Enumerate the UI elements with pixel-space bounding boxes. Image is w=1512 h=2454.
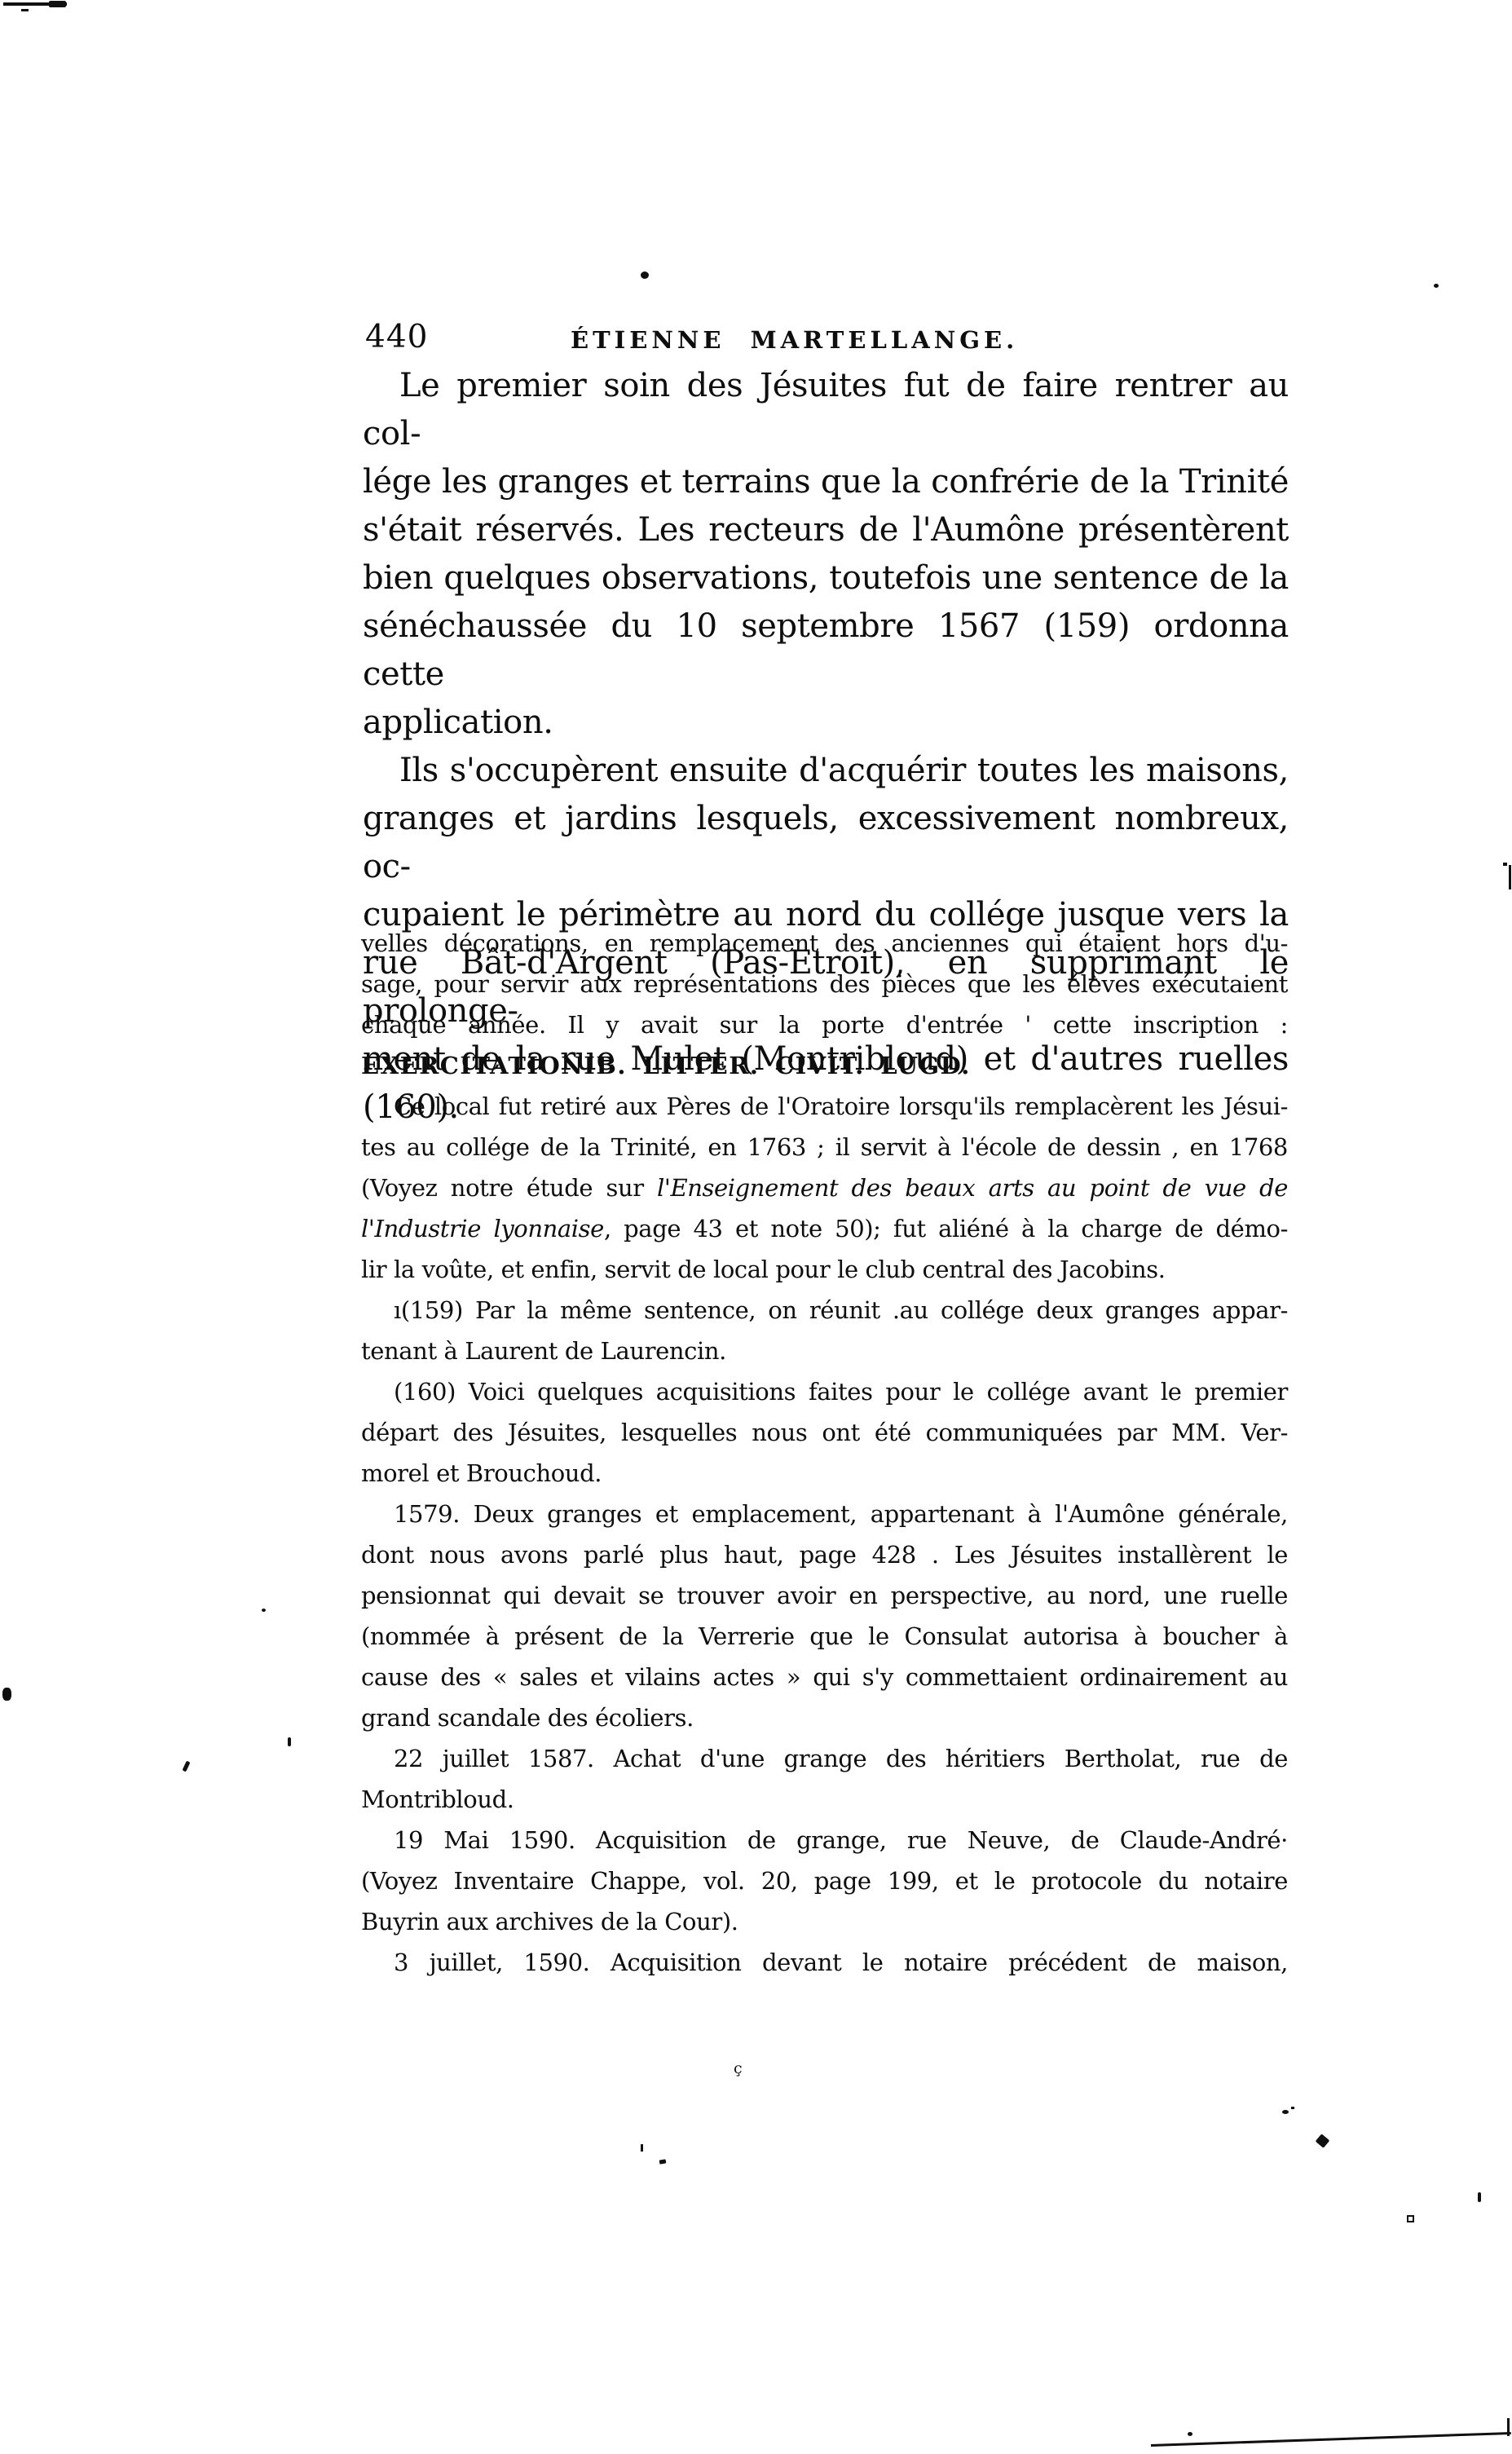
text-line: lir la voûte, et enfin, servit de local … xyxy=(361,1249,1288,1290)
text-line: sénéchaussée du 10 septembre 1567 (159) … xyxy=(363,602,1289,699)
ink-blob-left-edge xyxy=(2,1688,11,1701)
text-line: Ils s'occupèrent ensuite d'acquérir tout… xyxy=(363,747,1289,795)
text-line: (Voyez notre étude sur l'Enseignement de… xyxy=(361,1167,1288,1208)
ink-speck-mid xyxy=(262,1609,266,1612)
bottom-rule-end-tick xyxy=(1507,2418,1510,2436)
footnote-160: (160) Voici quelques acquisitions faites… xyxy=(361,1371,1288,1494)
ink-tick-left-margin xyxy=(288,1737,291,1746)
ink-caret-below-text xyxy=(659,2159,667,2164)
text-line: grand scandale des écoliers. xyxy=(361,1697,1288,1738)
ink-c-mark: ç xyxy=(734,2061,743,2077)
text-line: bien quelques observations, toutefois un… xyxy=(363,554,1289,602)
text-line: s'était réservés. Les recteurs de l'Aumô… xyxy=(363,506,1289,554)
text-line: Ce local fut retiré aux Pères de l'Orato… xyxy=(361,1086,1288,1127)
footnote-section: velles décorations, en remplacement des … xyxy=(361,923,1288,1983)
footnote-159: ı(159) Par la même sentence, on réunit .… xyxy=(361,1290,1288,1371)
ink-comma-left-margin xyxy=(182,1761,190,1772)
ink-speck-top-right xyxy=(1434,284,1439,288)
ink-diamond xyxy=(1316,2134,1330,2148)
text-line: sage, pour servir aux représentations de… xyxy=(361,964,1288,1004)
text-line: velles décorations, en remplacement des … xyxy=(361,923,1288,964)
text-line: pensionnat qui devait se trouver avoir e… xyxy=(361,1575,1288,1616)
text-line: 19 Mai 1590. Acquisition de grange, rue … xyxy=(361,1820,1288,1860)
page-number: 440 xyxy=(365,320,428,355)
text-line: tenant à Laurent de Laurencin. xyxy=(361,1331,1288,1371)
text-line: dont nous avons parlé plus haut, page 42… xyxy=(361,1534,1288,1575)
ink-speck-right-margin xyxy=(1503,863,1507,866)
text-line: (160) Voici quelques acquisitions faites… xyxy=(361,1371,1288,1412)
inscription-line: EXERCITATIONIB. LITTER. CIVIT. LUGD. xyxy=(361,1045,1288,1086)
text-line: (nommée à présent de la Verrerie que le … xyxy=(361,1616,1288,1657)
text-line: 3 juillet, 1590. Acquisition devant le n… xyxy=(361,1942,1288,1983)
ink-dash-top-left xyxy=(21,9,29,11)
ink-tick-br xyxy=(1478,2192,1481,2202)
text-segment: (Voyez notre étude sur xyxy=(361,1174,657,1202)
text-line: ı(159) Par la même sentence, on réunit .… xyxy=(361,1290,1288,1331)
footnote-paragraph-oratoire: Ce local fut retiré aux Pères de l'Orato… xyxy=(361,1086,1288,1290)
text-line: 22 juillet 1587. Achat d'une grange des … xyxy=(361,1738,1288,1779)
text-segment-italic: l'Industrie lyonnaise xyxy=(361,1215,604,1242)
text-line: application. xyxy=(363,699,1289,747)
text-line: 1579. Deux granges et emplacement, appar… xyxy=(361,1494,1288,1534)
ink-vbar-right-margin xyxy=(1509,865,1511,889)
text-line: morel et Brouchoud. xyxy=(361,1453,1288,1494)
ink-speck-br-1 xyxy=(1282,2110,1289,2114)
text-line: Montribloud. xyxy=(361,1779,1288,1820)
text-line: lége les granges et terrains que la conf… xyxy=(363,458,1289,506)
text-line: cause des « sales et vilains actes » qui… xyxy=(361,1657,1288,1697)
footnote-1579: 1579. Deux granges et emplacement, appar… xyxy=(361,1494,1288,1738)
footnote-1590a: 19 Mai 1590. Acquisition de grange, rue … xyxy=(361,1820,1288,1942)
text-line: départ des Jésuites, lesquelles nous ont… xyxy=(361,1412,1288,1453)
footnote-1590b: 3 juillet, 1590. Acquisition devant le n… xyxy=(361,1942,1288,1983)
text-line: l'Industrie lyonnaise, page 43 et note 5… xyxy=(361,1208,1288,1249)
ink-square-hollow xyxy=(1407,2215,1414,2222)
page-title: ÉTIENNE MARTELLANGE. xyxy=(571,325,962,355)
ink-speck-br-2 xyxy=(1291,2107,1294,2109)
footnote-continuation: velles décorations, en remplacement des … xyxy=(361,923,1288,1086)
text-line: tes au collége de la Trinité, en 1763 ; … xyxy=(361,1127,1288,1167)
text-segment: , page 43 et note 50); fut aliéné à la c… xyxy=(604,1215,1288,1242)
ink-nub-top-left xyxy=(49,1,66,7)
ink-dot-above-title xyxy=(641,271,649,279)
text-line: chaque année. Il y avait sur la porte d'… xyxy=(361,1004,1288,1045)
text-line: granges et jardins lesquels, excessiveme… xyxy=(363,795,1289,891)
footnote-1587: 22 juillet 1587. Achat d'une grange des … xyxy=(361,1738,1288,1820)
text-line: (Voyez Inventaire Chappe, vol. 20, page … xyxy=(361,1860,1288,1901)
book-page: 440 ÉTIENNE MARTELLANGE. Le premier soin… xyxy=(0,0,1512,2454)
text-line: Le premier soin des Jésuites fut de fair… xyxy=(363,362,1289,458)
paragraph-1: Le premier soin des Jésuites fut de fair… xyxy=(363,362,1289,747)
text-line: Buyrin aux archives de la Cour). xyxy=(361,1901,1288,1942)
ink-dot-bottom xyxy=(1188,2432,1192,2436)
ink-tick-below-text xyxy=(641,2144,643,2152)
text-segment-italic: l'Enseignement des beaux arts au point d… xyxy=(657,1174,1288,1202)
bottom-rule xyxy=(1151,2432,1511,2447)
